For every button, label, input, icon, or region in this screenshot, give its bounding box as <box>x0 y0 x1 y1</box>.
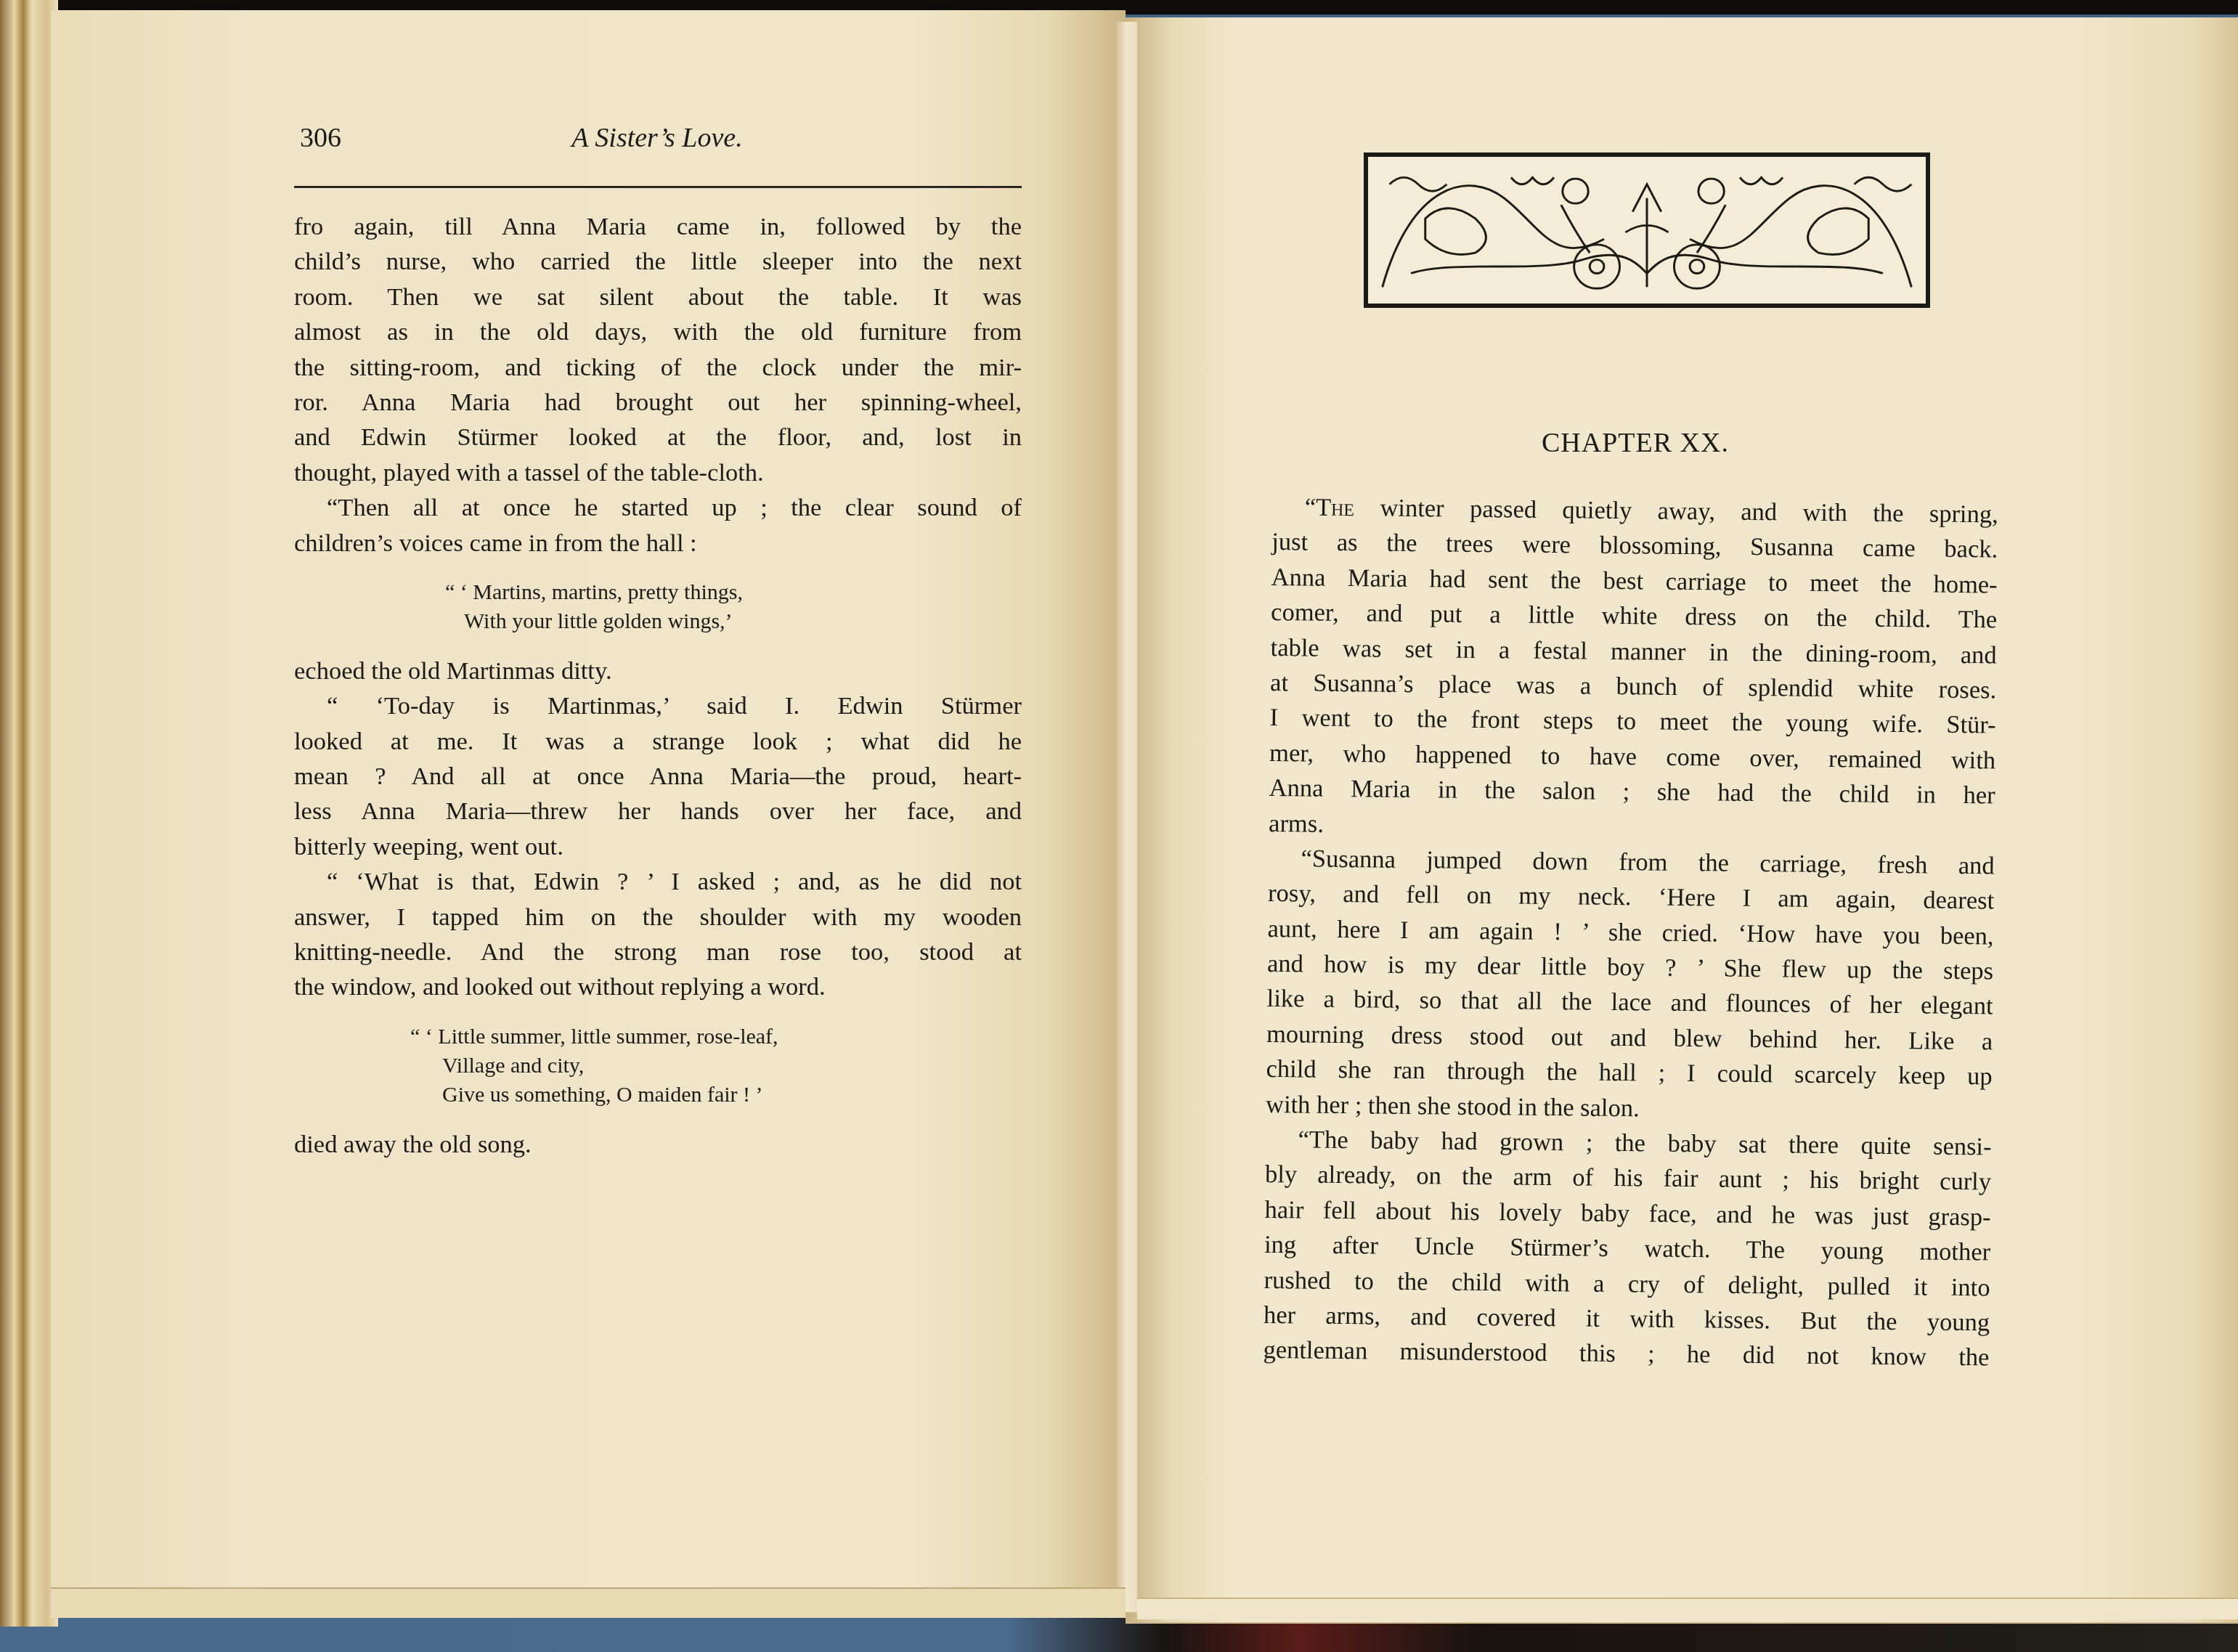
verse-summer: “ ‘ Little summer, little summer, rose-l… <box>294 1022 1022 1110</box>
text-line: answer, I tapped him on the shoulder wit… <box>294 900 1022 935</box>
book-gutter <box>1115 22 1137 1612</box>
left-page-bottom-edge <box>51 1587 1126 1618</box>
book-page-edges <box>0 0 58 1627</box>
verse-line: Give us something, O maiden fair ! ’ <box>410 1081 1022 1110</box>
header-rule <box>294 186 1022 188</box>
opening-word: The <box>1316 494 1354 522</box>
opening-rest: winter passed quietly away, and with the… <box>1354 494 1998 528</box>
text-line: the window, and looked out without reply… <box>294 969 1022 1004</box>
text-line: “Then all at once he started up ; the cl… <box>294 490 1022 525</box>
text-line: room. Then we sat silent about the table… <box>294 280 1022 314</box>
text-line: “ ‘What is that, Edwin ? ’ I asked ; and… <box>294 864 1022 899</box>
verse-martins: “ ‘ Martins, martins, pretty things, Wit… <box>294 578 1022 636</box>
verse-line: “ ‘ Martins, martins, pretty things, <box>445 578 1022 607</box>
verse-line: “ ‘ Little summer, little summer, rose-l… <box>410 1022 1022 1051</box>
text-line: the sitting-room, and ticking of the clo… <box>294 350 1022 385</box>
running-head: 306 A Sister’s Love. <box>294 122 1020 166</box>
chapter-heading: CHAPTER XX. <box>1272 427 1998 459</box>
text-line: thought, played with a tassel of the tab… <box>294 455 1022 490</box>
right-page-body: “The winter passed quietly away, and wit… <box>1263 489 1998 1375</box>
text-line: echoed the old Martinmas ditty. <box>294 654 1022 688</box>
text-line: less Anna Maria—threw her hands over her… <box>294 794 1022 829</box>
text-line: fro again, till Anna Maria came in, foll… <box>294 209 1022 244</box>
running-title: A Sister’s Love. <box>294 122 1020 154</box>
text-line: almost as in the old days, with the old … <box>294 314 1022 349</box>
text-line: “ ‘To-day is Martinmas,’ said I. Edwin S… <box>294 688 1022 723</box>
text-line: looked at me. It was a strange look ; wh… <box>294 724 1022 759</box>
verse-line: With your little golden wings,’ <box>445 607 1022 636</box>
right-page-bottom-edge <box>1137 1598 2238 1619</box>
verse-line: Village and city, <box>410 1051 1022 1081</box>
chapter-headpiece-ornament <box>1364 152 1930 308</box>
text-line: ror. Anna Maria had brought out her spin… <box>294 385 1022 420</box>
text-line: knitting-needle. And the strong man rose… <box>294 935 1022 969</box>
text-line: mean ? And all at once Anna Maria—the pr… <box>294 759 1022 794</box>
text-line: and Edwin Stürmer looked at the floor, a… <box>294 420 1022 455</box>
left-page-body: fro again, till Anna Maria came in, foll… <box>294 209 1022 1162</box>
text-line: died away the old song. <box>294 1127 1022 1162</box>
text-line: child’s nurse, who carried the little sl… <box>294 244 1022 279</box>
opening-quote: “ <box>1305 493 1317 521</box>
woodcut-ornament-icon <box>1368 157 1926 304</box>
text-line: children’s voices came in from the hall … <box>294 526 1022 561</box>
text-line: bitterly weeping, went out. <box>294 829 1022 864</box>
